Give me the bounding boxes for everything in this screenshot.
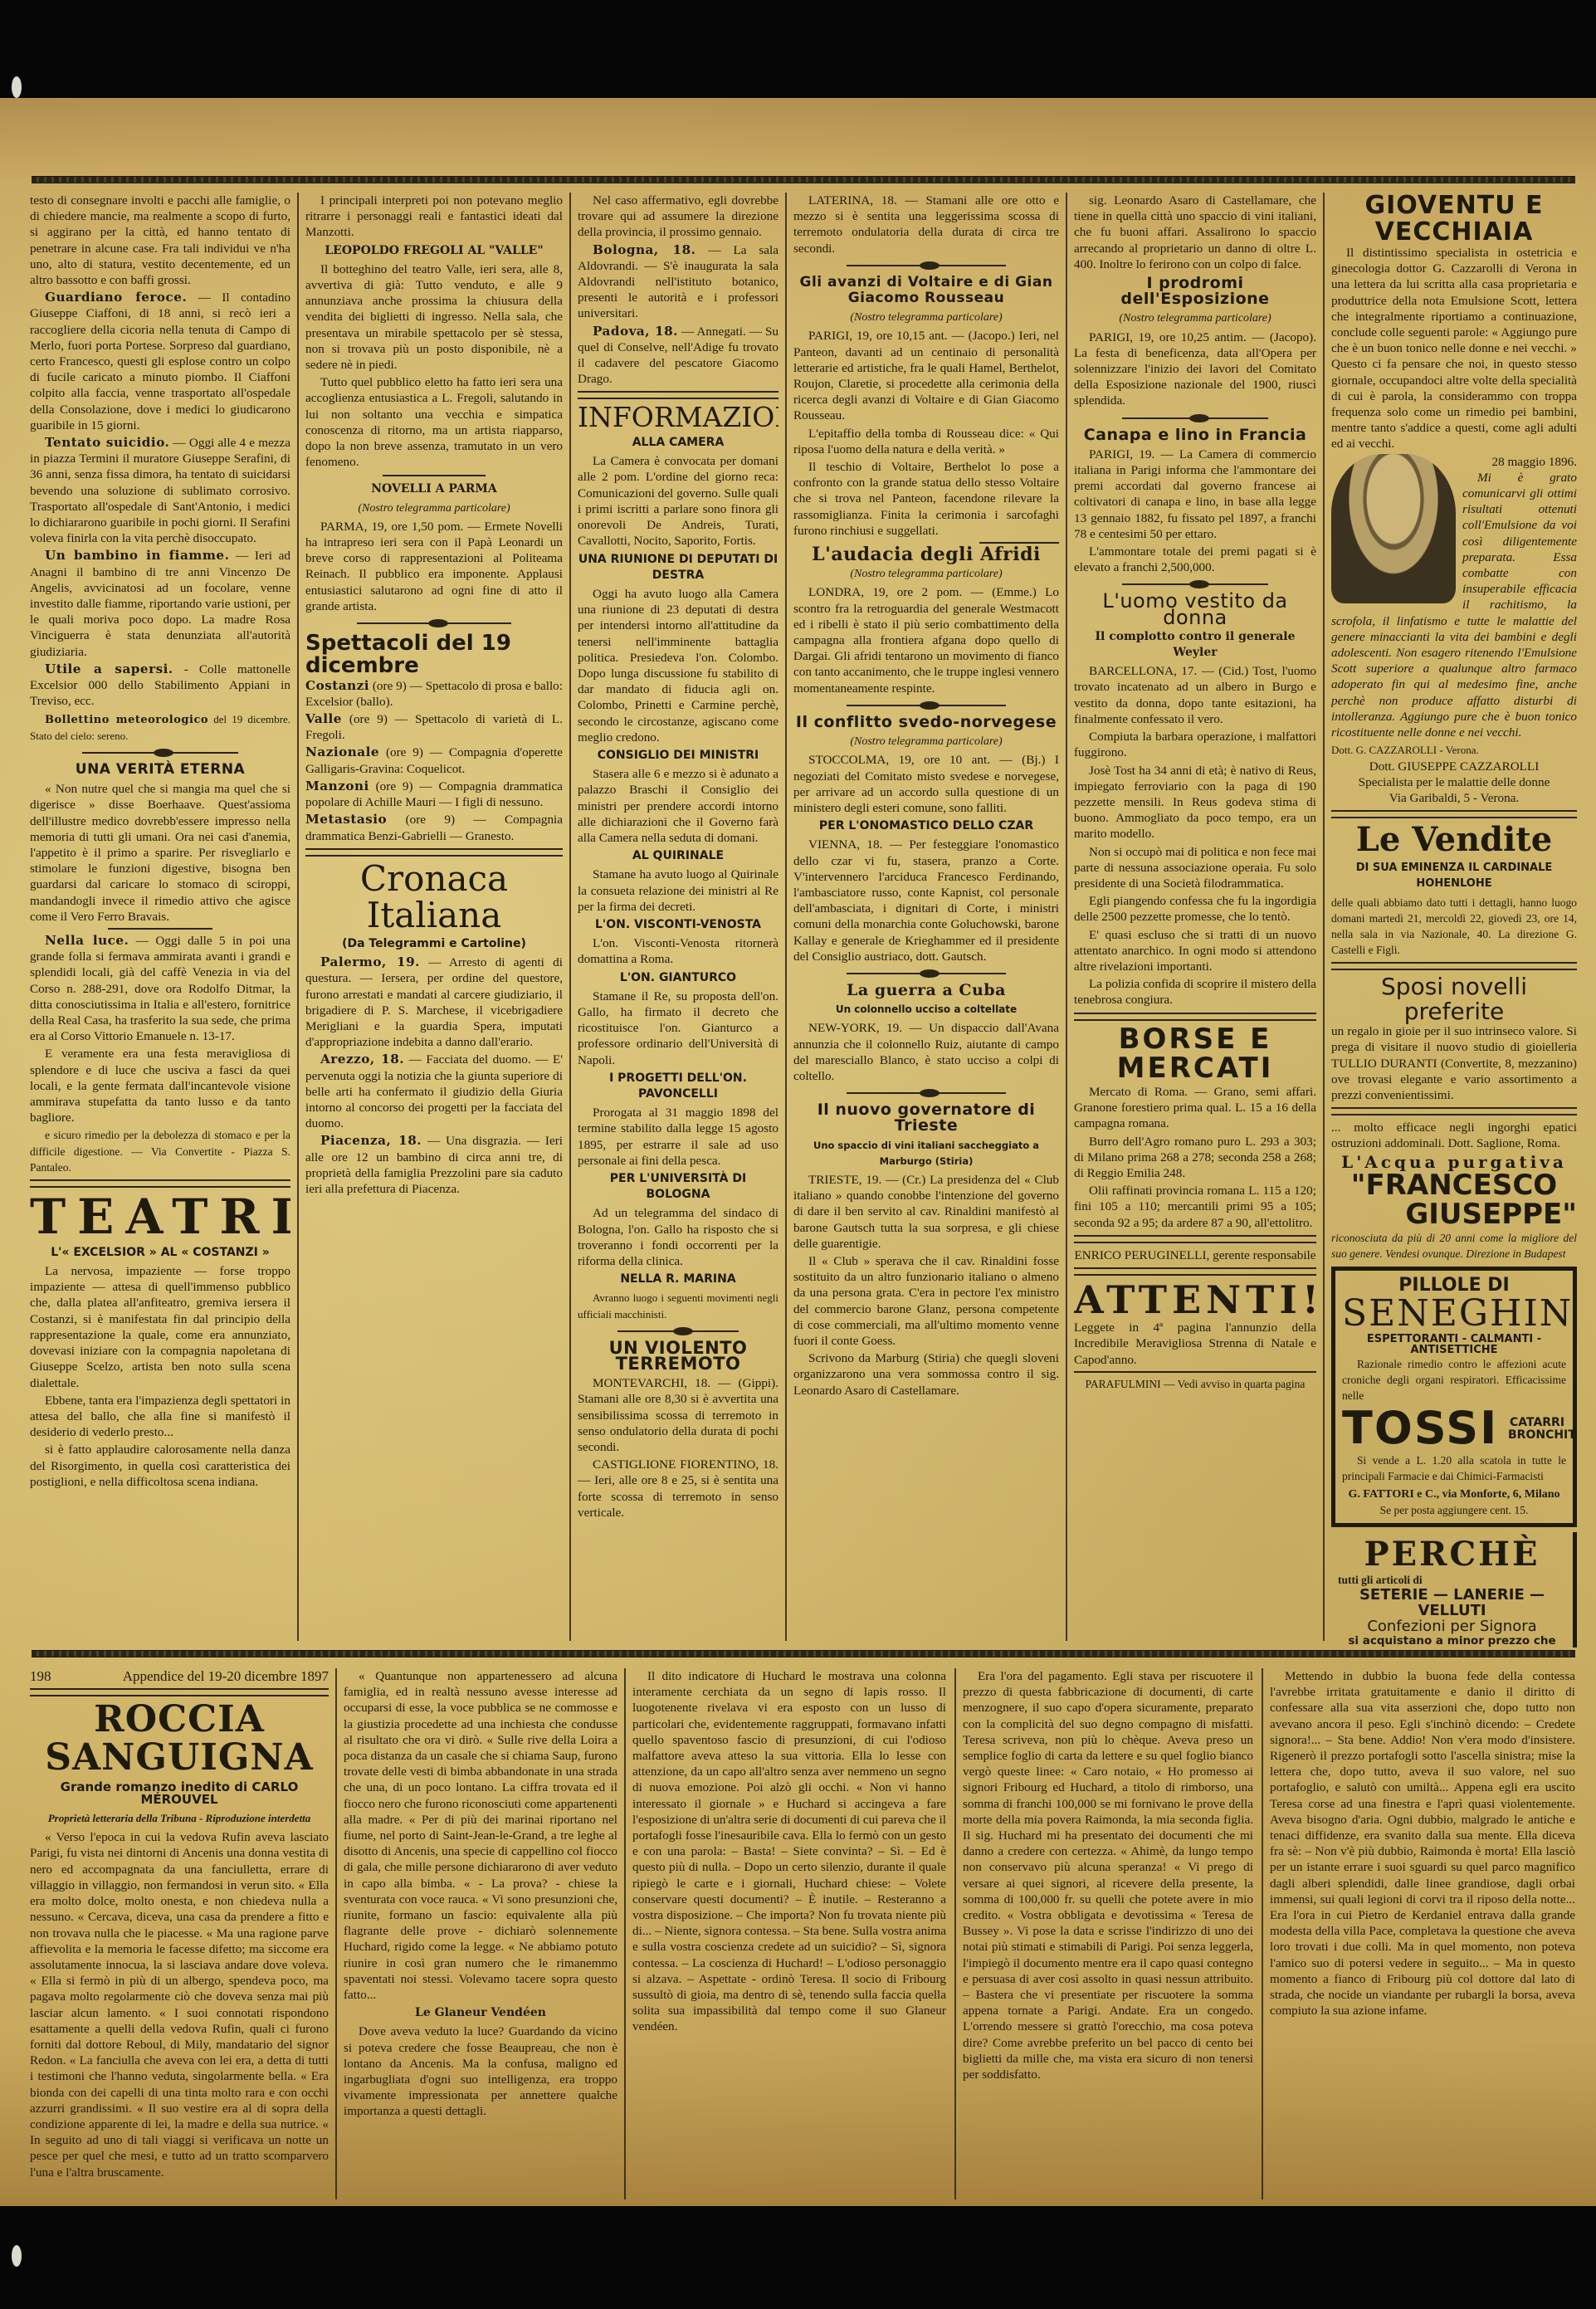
ad-perche-line3: Confezioni per Signora xyxy=(1338,1619,1566,1635)
appendice-column-1: 198 Appendice del 19-20 dicembre 1897 RO… xyxy=(30,1668,329,2182)
ad-perche-box: PERCHÈ tutti gli articoli di SETERIE — L… xyxy=(1331,1532,1577,1648)
signature: Dott. GIUSEPPE CAZZAROLLI xyxy=(1331,759,1577,774)
news-item: Palermo, 19. — Arresto di agenti di ques… xyxy=(305,954,563,1050)
ad-parafulmini: PARAFULMINI — Vedi avviso in quarta pagi… xyxy=(1074,1376,1316,1392)
article-body: La nervosa, impaziente — forse troppo im… xyxy=(30,1263,290,1391)
ad-line: e sicuro rimedio per la debolezza di sto… xyxy=(30,1127,290,1175)
article-body: L'on. Visconti-Venosta ritornerà domatti… xyxy=(578,935,778,967)
signature-title: Specialista per le malattie delle donne xyxy=(1331,774,1577,790)
article-body: L'epitaffio della tomba di Rousseau dice… xyxy=(793,426,1059,457)
article-body: Non si occupò mai di politica e non fece… xyxy=(1074,844,1316,892)
divider xyxy=(1331,1107,1577,1115)
novel-text: Il dito indicatore di Huchard le mostrav… xyxy=(632,1668,946,2035)
novel-subtitle: Grande romanzo inedito di CARLO MÉROUVEL xyxy=(30,1781,329,1808)
subheadline: (Da Telegrammi e Cartoline) xyxy=(305,936,563,952)
ad-attenti-title: ATTENTI! xyxy=(1074,1280,1316,1320)
subheadline: (Nostro telegramma particolare) xyxy=(793,734,1059,749)
headline: PER L'ONOMASTICO DELLO CZAR xyxy=(793,818,1059,834)
subheadline: I PROGETTI DELL'ON. PAVONCELLI xyxy=(578,1071,778,1102)
listing-item: Manzoni (ore 9) — Compagnia drammatica p… xyxy=(305,779,563,810)
section-title-spettacoli: Spettacoli del 19 dicembre xyxy=(305,632,563,678)
ad-perche-title: PERCHÈ xyxy=(1338,1537,1566,1572)
ad-vendite-text: delle quali abbiamo dato tutti i dettagl… xyxy=(1331,895,1577,959)
column-rule xyxy=(1262,1668,1263,2199)
headline: Canapa e lino in Francia xyxy=(1074,427,1316,443)
article-body: VIENNA, 18. — Per festeggiare l'onomasti… xyxy=(793,837,1059,964)
article-body: Compiuta la barbara operazione, i malfat… xyxy=(1074,729,1316,760)
ad-gioventu-title: GIOVENTU E VECCHIAIA xyxy=(1331,193,1577,245)
ad-vendite-title: Le Vendite xyxy=(1331,823,1577,857)
ornament-divider xyxy=(357,618,511,629)
ornament-divider xyxy=(847,260,1006,271)
subheadline: ALLA CAMERA xyxy=(578,435,778,451)
article-body: E veramente era una festa meravigliosa d… xyxy=(30,1046,290,1125)
article-body: « Non nutre quel che si mangia ma quel c… xyxy=(30,781,290,925)
ad-tossi-side: CATARRI BRONCHITI xyxy=(1508,1417,1566,1441)
headline: UN VIOLENTO TERREMOTO xyxy=(578,1340,778,1372)
novel-heading: Le Glaneur Vendéen xyxy=(344,2005,617,2021)
divider xyxy=(578,391,778,399)
headline: NOVELLI A PARMA xyxy=(305,481,563,497)
subheadline: (Nostro telegramma particolare) xyxy=(793,566,1059,582)
novel-text: Mettendo in dubbio la buona fede della c… xyxy=(1270,1668,1575,2019)
divider xyxy=(1331,810,1577,818)
ad-tossi: TOSSI xyxy=(1342,1405,1498,1452)
ornament-divider xyxy=(847,968,1006,979)
headline: L'audacia degli Afridi xyxy=(793,547,1059,563)
subheadline: CONSIGLIO DEI MINISTRI xyxy=(578,748,778,764)
listing-item: Costanzi (ore 9) — Spettacolo di prosa e… xyxy=(305,678,563,710)
column-1: testo di consegnare involti e pacchi all… xyxy=(30,193,290,1491)
headline: Gli avanzi di Voltaire e di Gian Giacomo… xyxy=(793,275,1059,306)
article-body: Stasera alle 6 e mezzo si è adunato a pa… xyxy=(578,766,778,846)
ad-acqua-pre: ... molto efficace negli ingorghi epatic… xyxy=(1331,1120,1577,1151)
headline: La guerra a Cuba xyxy=(793,983,1059,998)
article-body: Ad un telegramma del sindaco di Bologna,… xyxy=(578,1205,778,1269)
ad-seneghina-post: Se per posta aggiungere cent. 15. xyxy=(1342,1502,1566,1518)
appendice-column-2: « Quantunque non appartenessero ad alcun… xyxy=(344,1668,617,2121)
column-5: sig. Leonardo Asaro di Castellamare, che… xyxy=(1074,193,1316,1392)
subheadline: Un colonnello ucciso a coltellate xyxy=(793,1002,1059,1018)
novel-title: ROCCIA SANGUIGNA xyxy=(30,1701,329,1777)
ornament-divider xyxy=(1122,578,1267,590)
divider xyxy=(1074,1235,1316,1243)
column-6: GIOVENTU E VECCHIAIA Il distintissimo sp… xyxy=(1331,193,1577,1648)
article-body: E' quasi escluso che si tratti di un nuo… xyxy=(1074,927,1316,975)
novel-text: « Quantunque non appartenessero ad alcun… xyxy=(344,1668,617,2003)
article-body: PARIGI, 19, ore 10,25 antim. — (Jacopo).… xyxy=(1074,330,1316,409)
subheadline: (Nostro telegramma particolare) xyxy=(305,500,563,516)
subheadline: PER L'UNIVERSITÀ DI BOLOGNA xyxy=(578,1171,778,1203)
ad-seneghina-text: Razionale rimedio contro le affezioni ac… xyxy=(1342,1356,1566,1404)
ad-perche-line4: si acquistano a minor prezzo che altrove xyxy=(1338,1635,1566,1648)
article-body: Tutto quel pubblico eletto ha fatto ieri… xyxy=(305,374,563,470)
divider xyxy=(305,848,563,857)
article-body: Mercato di Roma. — Grano, semi affari. G… xyxy=(1074,1084,1316,1132)
article-body: PARMA, 19, ore 1,50 pom. — Ermete Novell… xyxy=(305,519,563,614)
ornament-divider xyxy=(1122,412,1267,424)
column-2: I principali interpreti poi non potevano… xyxy=(305,193,563,1198)
article-body: Stamane ha avuto luogo al Quirinale la c… xyxy=(578,866,778,915)
article-body: LONDRA, 19, ore 2 pom. — (Emme.) Lo scon… xyxy=(793,584,1059,696)
ad-perche-line2: SETERIE — LANERIE — VELLUTI xyxy=(1338,1588,1566,1619)
novel-text: « Verso l'epoca in cui la vedova Rufin a… xyxy=(30,1829,329,2180)
article-body: L'ammontare totale dei premi pagati si è… xyxy=(1074,544,1316,575)
news-item: Tentato suicidio. — Oggi alle 4 e mezza … xyxy=(30,435,290,546)
headline: I prodromi dell'Esposizione xyxy=(1074,276,1316,307)
column-rule xyxy=(569,193,571,1641)
divider xyxy=(108,928,212,930)
article-body: CASTIGLIONE FIORENTINO, 18. — Ieri, alle… xyxy=(578,1457,778,1521)
divider xyxy=(30,1688,329,1696)
article-body: Il teschio di Voltaire, Berthelot lo pos… xyxy=(793,459,1059,539)
article-body: Il botteghino del teatro Valle, ieri ser… xyxy=(305,261,563,373)
article-body: La Camera è convocata per domani alle 2 … xyxy=(578,453,778,549)
listing-item: Metastasio (ore 9) — Compagnia drammatic… xyxy=(305,812,563,843)
news-item: Arezzo, 18. — Facciata del duomo. — E' p… xyxy=(305,1052,563,1131)
section-title-informazioni: INFORMAZIONI xyxy=(578,403,778,432)
appendice-column-3: Il dito indicatore di Huchard le mostrav… xyxy=(632,1668,946,2037)
divider xyxy=(1074,1371,1316,1373)
headline: Il conflitto svedo-norvegese xyxy=(793,715,1059,730)
portrait-illustration xyxy=(1331,454,1456,603)
article-body: Egli piangendo confessa che fu la ingord… xyxy=(1074,893,1316,925)
subheadline: Uno spaccio di vini italiani saccheggiat… xyxy=(793,1138,1059,1169)
article-body: Ebbene, tanta era l'impazienza degli spe… xyxy=(30,1393,290,1441)
article-body: si è fatto applaudire calorosamente nell… xyxy=(30,1442,290,1490)
gerente-line: ENRICO PERUGINELLI, gerente responsabile xyxy=(1074,1247,1316,1263)
subheadline: (Nostro telegramma particolare) xyxy=(1074,310,1316,326)
ad-vendite-sub: DI SUA EMINENZA IL CARDINALE HOHENLOHE xyxy=(1331,860,1577,891)
ad-acqua-line2: "FRANCESCO xyxy=(1331,1171,1577,1201)
subheadline: L'ON. GIANTURCO xyxy=(578,970,778,986)
subheadline: L'« EXCELSIOR » AL « COSTANZI » xyxy=(30,1245,290,1261)
news-item: Bollettino meteorologico del 19 dicembre… xyxy=(30,711,290,744)
article-body: BARCELLONA, 17. — (Cid.) Tost, l'uomo tr… xyxy=(1074,663,1316,727)
column-4: LATERINA, 18. — Stamani alle ore otto e … xyxy=(793,193,1059,1400)
article-body: Stamane il Re, su proposta dell'on. Gall… xyxy=(578,989,778,1068)
news-item: Utile a sapersi. - Colle mattonelle Exce… xyxy=(30,661,290,710)
ornament-divider xyxy=(617,1325,738,1337)
subheadline: Il complotto contro il generale Weyler xyxy=(1074,629,1316,661)
subheadline: (Nostro telegramma particolare) xyxy=(793,310,1059,325)
binder-hole-top xyxy=(12,76,22,98)
headline: LEOPOLDO FREGOLI AL "VALLE" xyxy=(305,243,563,259)
divider xyxy=(1074,1267,1316,1276)
article-body: TRIESTE, 19. — (Cr.) La presidenza del «… xyxy=(793,1172,1059,1252)
novel-text: Era l'ora del pagamento. Egli stava per … xyxy=(963,1668,1253,2082)
listing-item: Nazionale (ore 9) — Compagnia d'operette… xyxy=(305,744,563,776)
article-body: PARIGI, 19, ore 10,15 ant. — (Jacopo.) I… xyxy=(793,328,1059,423)
ad-acqua-line3: GIUSEPPE" xyxy=(1331,1200,1577,1230)
appendice-header: 198 Appendice del 19-20 dicembre 1897 xyxy=(30,1668,329,1684)
appendice-column-4: Era l'ora del pagamento. Egli stava per … xyxy=(963,1668,1253,2084)
article-body: Scrivono da Marburg (Stiria) che quegli … xyxy=(793,1350,1059,1399)
ad-seneghina-maker: G. FATTORI e C., via Monforte, 6, Milano xyxy=(1342,1486,1566,1502)
headline: UNA VERITÀ ETERNA xyxy=(30,762,290,778)
article-intro: testo di consegnare involti e pacchi all… xyxy=(30,193,290,288)
article-body: Olii raffinati provincia romana L. 115 a… xyxy=(1074,1183,1316,1231)
signature-address: Via Garibaldi, 5 - Verona. xyxy=(1331,790,1577,806)
appendice-date: Appendice del 19-20 dicembre 1897 xyxy=(123,1668,329,1684)
ad-acqua-text: riconosciuta da più di 20 anni come la m… xyxy=(1331,1230,1577,1262)
news-item: Bologna, 18. — La sala Aldovrandi. — S'è… xyxy=(578,242,778,322)
news-item: Piacenza, 18. — Una disgrazia. — Ieri al… xyxy=(305,1133,563,1197)
column-rule xyxy=(954,1668,956,2199)
article-body: Nel caso affermativo, egli dovrebbe trov… xyxy=(578,193,778,241)
column-rule xyxy=(624,1668,626,2199)
subheadline: NELLA R. MARINA xyxy=(578,1272,778,1287)
article-body: Il « Club » sperava che il cav. Rinaldin… xyxy=(793,1253,1059,1349)
article-body: NEW-YORK, 19. — Un dispaccio dall'Avana … xyxy=(793,1020,1059,1084)
ad-seneghina: SENEGHINA xyxy=(1342,1295,1566,1333)
subheadline: UNA RIUNIONE DI DEPUTATI DI DESTRA xyxy=(578,552,778,583)
divider xyxy=(1074,1013,1316,1021)
subheadline: L'ON. VISCONTI-VENOSTA xyxy=(578,917,778,933)
article-body: I principali interpreti poi non potevano… xyxy=(305,193,563,241)
column-rule xyxy=(785,193,787,1641)
ad-seneghina-price: Si vende a L. 1.20 alla scatola in tutte… xyxy=(1342,1452,1566,1484)
ornament-divider xyxy=(847,700,1006,711)
divider xyxy=(30,1179,290,1188)
section-title-cronaca: Cronaca Italiana xyxy=(305,861,563,934)
article-body: Josè Tost ha 34 anni di età; è nativo di… xyxy=(1074,763,1316,842)
news-item: Nella luce. — Oggi dalle 5 in poi una gr… xyxy=(30,933,290,1044)
subheadline: AL QUIRINALE xyxy=(578,848,778,864)
article-body: PARIGI, 19. — La Camera di commercio ita… xyxy=(1074,447,1316,542)
ornament-divider xyxy=(82,747,238,759)
column-rule xyxy=(297,193,299,1641)
article-body: Burro dell'Agro romano puro L. 293 a 303… xyxy=(1074,1134,1316,1182)
ad-sposi-text: un regalo in gioie per il suo intrinseco… xyxy=(1331,1023,1577,1103)
section-title-borse: BORSE E MERCATI xyxy=(1074,1025,1316,1084)
ad-sposi-title: Sposi novelli preferite xyxy=(1331,974,1577,1023)
article-body: Oggi ha avuto luogo alla Camera una riun… xyxy=(578,586,778,745)
news-item: Padova, 18. — Annegati. — Su quel di Con… xyxy=(578,324,778,388)
article-body: sig. Leonardo Asaro di Castellamare, che… xyxy=(1074,193,1316,272)
ad-seneghina-types: ESPETTORANTI - CALMANTI - ANTISETTICHE xyxy=(1342,1334,1566,1356)
article-body: LATERINA, 18. — Stamani alle ore otto e … xyxy=(793,193,1059,256)
novel-rights: Proprietà letteraria della Tribuna - Rip… xyxy=(30,1810,329,1826)
headline: L'uomo vestito da donna xyxy=(1074,593,1316,625)
column-rule xyxy=(1323,193,1325,1641)
binder-hole-bottom xyxy=(12,2245,22,2267)
divider xyxy=(383,475,486,476)
ad-attenti-text: Leggete in 4ª pagina l'annunzio della In… xyxy=(1074,1320,1316,1368)
appendice-column-5: Mettendo in dubbio la buona fede della c… xyxy=(1270,1668,1575,2020)
portrait-caption: Dott. G. CAZZAROLLI - Verona. xyxy=(1331,742,1577,758)
article-body: MONTEVARCHI, 18. — (Gippi). Stamani alle… xyxy=(578,1375,778,1455)
column-3: Nel caso affermativo, egli dovrebbe trov… xyxy=(578,193,778,1522)
news-item: Un bambino in fiamme. — Ieri ad Anagni i… xyxy=(30,548,290,659)
appendice-rule xyxy=(32,1650,1575,1657)
ad-body: Il distintissimo specialista in ostetric… xyxy=(1331,245,1577,452)
news-item: Guardiano feroce. — Il contadino Giusepp… xyxy=(30,290,290,433)
column-rule xyxy=(335,1668,337,2199)
listing-item: Valle (ore 9) — Spettacolo di varietà di… xyxy=(305,711,563,743)
article-body: Avranno luogo i seguenti movimenti negli… xyxy=(578,1290,778,1321)
article-body: Prorogata al 31 maggio 1898 del termine … xyxy=(578,1105,778,1169)
top-rule xyxy=(32,176,1575,183)
column-rule xyxy=(1066,193,1067,1641)
novel-text: Dove aveva veduto la luce? Guardando da … xyxy=(344,2023,617,2119)
article-body: STOCCOLMA, 19, ore 10 ant. — (Bj.) I neg… xyxy=(793,752,1059,816)
headline: Il nuovo governatore di Trieste xyxy=(793,1102,1059,1134)
divider xyxy=(1331,962,1577,970)
ornament-divider xyxy=(847,1087,1006,1099)
appendice-number: 198 xyxy=(30,1668,51,1684)
section-title-teatri: TEATRI xyxy=(30,1192,290,1242)
ad-seneghina-box: PILLOLE DI SENEGHINA ESPETTORANTI - CALM… xyxy=(1331,1267,1577,1527)
article-body: La polizia confida di scoprire il mister… xyxy=(1074,976,1316,1008)
